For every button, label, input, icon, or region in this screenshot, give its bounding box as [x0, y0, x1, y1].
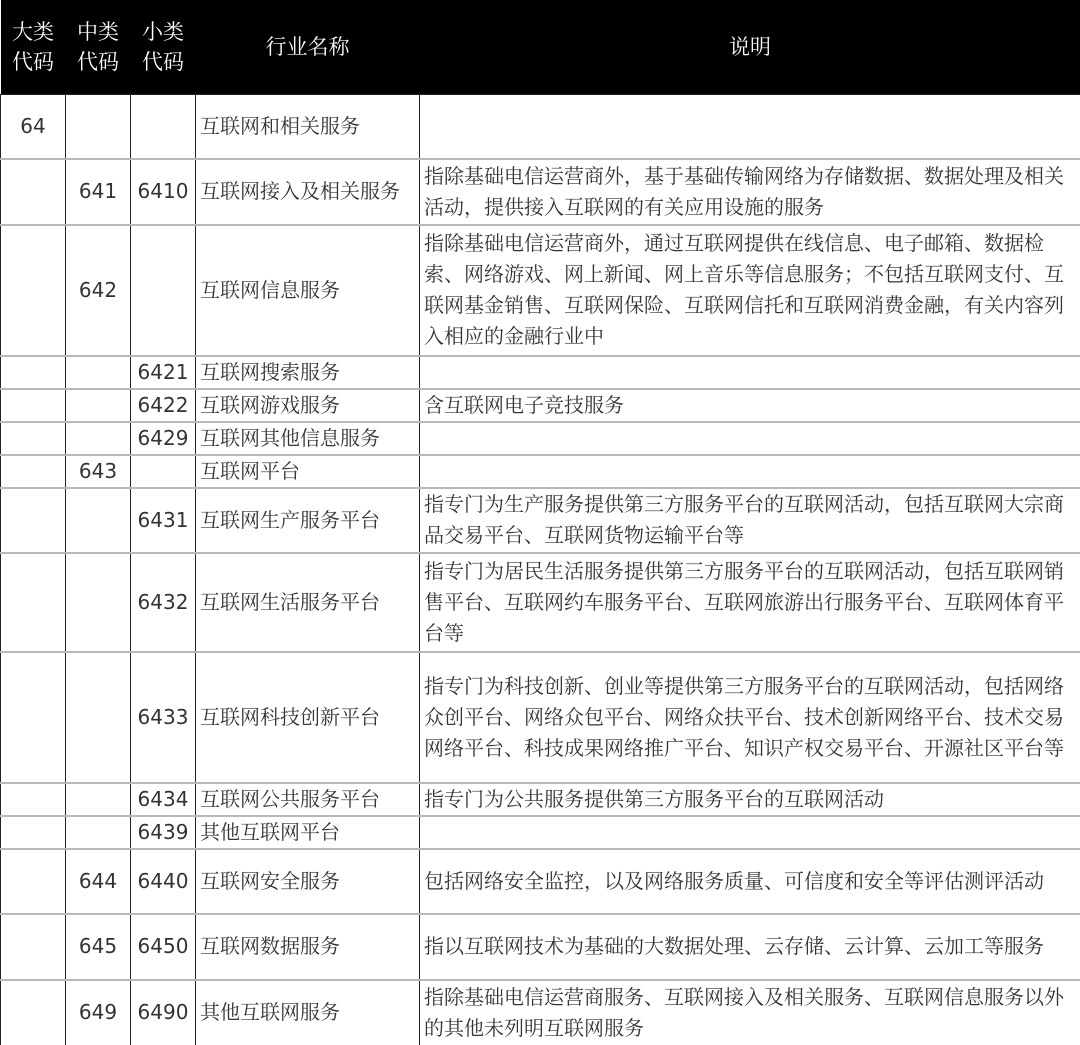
- mid-code-cell: [66, 422, 131, 455]
- industry-name-cell: 互联网公共服务平台: [196, 783, 420, 816]
- table-row: 6431互联网生产服务平台指专门为生产服务提供第三方服务平台的互联网活动，包括互…: [1, 488, 1080, 553]
- industry-name-cell: 互联网安全服务: [196, 849, 420, 914]
- header-minor-code-line2: 代码: [142, 50, 184, 74]
- industry-name-cell: 互联网和相关服务: [196, 95, 420, 159]
- table-row: 6429互联网其他信息服务: [1, 422, 1080, 455]
- table-header: 大类代码 中类代码 小类代码 行业名称 说明: [1, 0, 1080, 95]
- table-row: 6446440互联网安全服务包括网络安全监控，以及网络服务质量、可信度和安全等评…: [1, 849, 1080, 914]
- table-row: 6416410互联网接入及相关服务指除基础电信运营商外，基于基础传输网络为存储数…: [1, 159, 1080, 225]
- header-minor-code: 小类代码: [131, 0, 196, 95]
- mid-code-cell: 645: [66, 914, 131, 980]
- minor-code-cell: 6440: [131, 849, 196, 914]
- industry-name-cell: 互联网其他信息服务: [196, 422, 420, 455]
- major-code-cell: [1, 914, 66, 980]
- description-cell: [420, 422, 1080, 455]
- minor-code-cell: 6410: [131, 159, 196, 225]
- description-cell: 含互联网电子竞技服务: [420, 389, 1080, 422]
- header-description: 说明: [420, 0, 1080, 95]
- description-cell: 指除基础电信运营商外，通过互联网提供在线信息、电子邮箱、数据检索、网络游戏、网上…: [420, 225, 1080, 356]
- minor-code-cell: 6490: [131, 980, 196, 1045]
- description-cell: 指除基础电信运营商服务、互联网接入及相关服务、互联网信息服务以外的其他未列明互联…: [420, 980, 1080, 1045]
- major-code-cell: [1, 849, 66, 914]
- industry-name-cell: 互联网接入及相关服务: [196, 159, 420, 225]
- industry-classification-table: 大类代码 中类代码 小类代码 行业名称 说明 64互联网和相关服务6416410…: [0, 0, 1080, 1045]
- table-row: 642互联网信息服务指除基础电信运营商外，通过互联网提供在线信息、电子邮箱、数据…: [1, 225, 1080, 356]
- mid-code-cell: 641: [66, 159, 131, 225]
- description-cell: [420, 816, 1080, 849]
- industry-name-cell: 互联网游戏服务: [196, 389, 420, 422]
- major-code-cell: [1, 389, 66, 422]
- table-row: 64互联网和相关服务: [1, 95, 1080, 159]
- minor-code-cell: 6429: [131, 422, 196, 455]
- industry-name-cell: 其他互联网平台: [196, 816, 420, 849]
- description-cell: 包括网络安全监控，以及网络服务质量、可信度和安全等评估测评活动: [420, 849, 1080, 914]
- major-code-cell: [1, 783, 66, 816]
- description-cell: 指专门为科技创新、创业等提供第三方服务平台的互联网活动，包括网络众创平台、网络众…: [420, 652, 1080, 783]
- minor-code-cell: 6432: [131, 553, 196, 652]
- table-row: 6422互联网游戏服务含互联网电子竞技服务: [1, 389, 1080, 422]
- minor-code-cell: 6431: [131, 488, 196, 553]
- mid-code-cell: 643: [66, 455, 131, 488]
- table-body: 64互联网和相关服务6416410互联网接入及相关服务指除基础电信运营商外，基于…: [1, 95, 1080, 1045]
- mid-code-cell: 644: [66, 849, 131, 914]
- header-major-code-line2: 代码: [12, 50, 54, 74]
- table-row: 6434互联网公共服务平台指专门为公共服务提供第三方服务平台的互联网活动: [1, 783, 1080, 816]
- table-row: 6432互联网生活服务平台指专门为居民生活服务提供第三方服务平台的互联网活动，包…: [1, 553, 1080, 652]
- industry-name-cell: 互联网生产服务平台: [196, 488, 420, 553]
- description-cell: 指专门为生产服务提供第三方服务平台的互联网活动，包括互联网大宗商品交易平台、互联…: [420, 488, 1080, 553]
- minor-code-cell: 6421: [131, 356, 196, 389]
- description-cell: 指专门为公共服务提供第三方服务平台的互联网活动: [420, 783, 1080, 816]
- major-code-cell: [1, 488, 66, 553]
- major-code-cell: [1, 553, 66, 652]
- header-minor-code-line1: 小类: [142, 20, 184, 44]
- major-code-cell: [1, 225, 66, 356]
- description-cell: [420, 356, 1080, 389]
- minor-code-cell: [131, 95, 196, 159]
- mid-code-cell: [66, 95, 131, 159]
- major-code-cell: [1, 652, 66, 783]
- major-code-cell: [1, 422, 66, 455]
- minor-code-cell: 6450: [131, 914, 196, 980]
- description-cell: [420, 95, 1080, 159]
- major-code-cell: [1, 159, 66, 225]
- mid-code-cell: [66, 783, 131, 816]
- table-row: 6456450互联网数据服务指以互联网技术为基础的大数据处理、云存储、云计算、云…: [1, 914, 1080, 980]
- major-code-cell: [1, 980, 66, 1045]
- table-row: 6439其他互联网平台: [1, 816, 1080, 849]
- table-row: 6421互联网搜索服务: [1, 356, 1080, 389]
- industry-name-cell: 互联网科技创新平台: [196, 652, 420, 783]
- mid-code-cell: [66, 553, 131, 652]
- mid-code-cell: [66, 816, 131, 849]
- mid-code-cell: [66, 652, 131, 783]
- minor-code-cell: 6422: [131, 389, 196, 422]
- minor-code-cell: [131, 225, 196, 356]
- description-cell: 指以互联网技术为基础的大数据处理、云存储、云计算、云加工等服务: [420, 914, 1080, 980]
- major-code-cell: [1, 455, 66, 488]
- industry-name-cell: 互联网信息服务: [196, 225, 420, 356]
- major-code-cell: 64: [1, 95, 66, 159]
- table-row: 643互联网平台: [1, 455, 1080, 488]
- mid-code-cell: [66, 356, 131, 389]
- mid-code-cell: [66, 488, 131, 553]
- industry-name-cell: 互联网平台: [196, 455, 420, 488]
- major-code-cell: [1, 816, 66, 849]
- description-cell: 指除基础电信运营商外，基于基础传输网络为存储数据、数据处理及相关活动，提供接入互…: [420, 159, 1080, 225]
- minor-code-cell: 6439: [131, 816, 196, 849]
- header-mid-code-line1: 中类: [77, 20, 119, 44]
- minor-code-cell: [131, 455, 196, 488]
- mid-code-cell: [66, 389, 131, 422]
- industry-name-cell: 互联网生活服务平台: [196, 553, 420, 652]
- mid-code-cell: 642: [66, 225, 131, 356]
- table-row: 6433互联网科技创新平台指专门为科技创新、创业等提供第三方服务平台的互联网活动…: [1, 652, 1080, 783]
- header-major-code: 大类代码: [1, 0, 66, 95]
- header-industry-name: 行业名称: [196, 0, 420, 95]
- industry-name-cell: 互联网搜索服务: [196, 356, 420, 389]
- header-mid-code: 中类代码: [66, 0, 131, 95]
- major-code-cell: [1, 356, 66, 389]
- mid-code-cell: 649: [66, 980, 131, 1045]
- header-major-code-line1: 大类: [12, 20, 54, 44]
- description-cell: [420, 455, 1080, 488]
- description-cell: 指专门为居民生活服务提供第三方服务平台的互联网活动，包括互联网销售平台、互联网约…: [420, 553, 1080, 652]
- industry-name-cell: 互联网数据服务: [196, 914, 420, 980]
- table-row: 6496490其他互联网服务指除基础电信运营商服务、互联网接入及相关服务、互联网…: [1, 980, 1080, 1045]
- industry-name-cell: 其他互联网服务: [196, 980, 420, 1045]
- minor-code-cell: 6434: [131, 783, 196, 816]
- header-mid-code-line2: 代码: [77, 50, 119, 74]
- minor-code-cell: 6433: [131, 652, 196, 783]
